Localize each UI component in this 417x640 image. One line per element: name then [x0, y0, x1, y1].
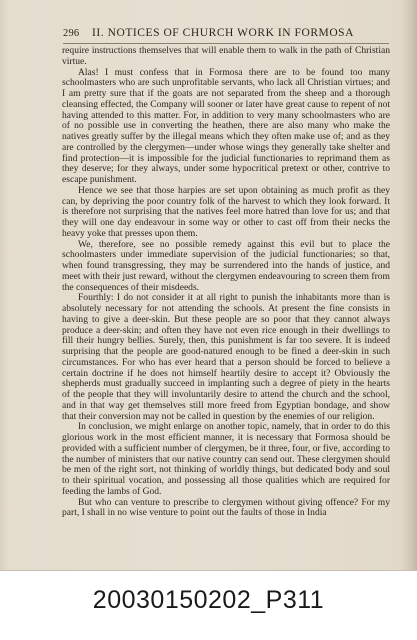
- page-number: 296: [63, 28, 79, 39]
- paragraph: In conclusion, we might enlarge on anoth…: [62, 422, 390, 497]
- running-title: II. NOTICES OF CHURCH WORK IN FORMOSA: [92, 27, 354, 39]
- running-header: 296 II. NOTICES OF CHURCH WORK IN FORMOS…: [63, 27, 389, 44]
- paragraph: Fourthly: I do not consider it at all ri…: [62, 293, 390, 422]
- book-page: 296 II. NOTICES OF CHURCH WORK IN FORMOS…: [0, 0, 417, 571]
- body-text: require instructions themselves that wil…: [62, 46, 390, 519]
- paragraph: Hence we see that those harpies are set …: [62, 186, 390, 240]
- paragraph: Alas! I must confess that in Formosa the…: [62, 68, 390, 186]
- paragraph: require instructions themselves that wil…: [62, 46, 390, 68]
- paragraph: But who can venture to prescribe to cler…: [62, 498, 390, 520]
- image-id-label: 20030150202_P311: [0, 586, 417, 615]
- paragraph: We, therefore, see no possible remedy ag…: [62, 240, 390, 294]
